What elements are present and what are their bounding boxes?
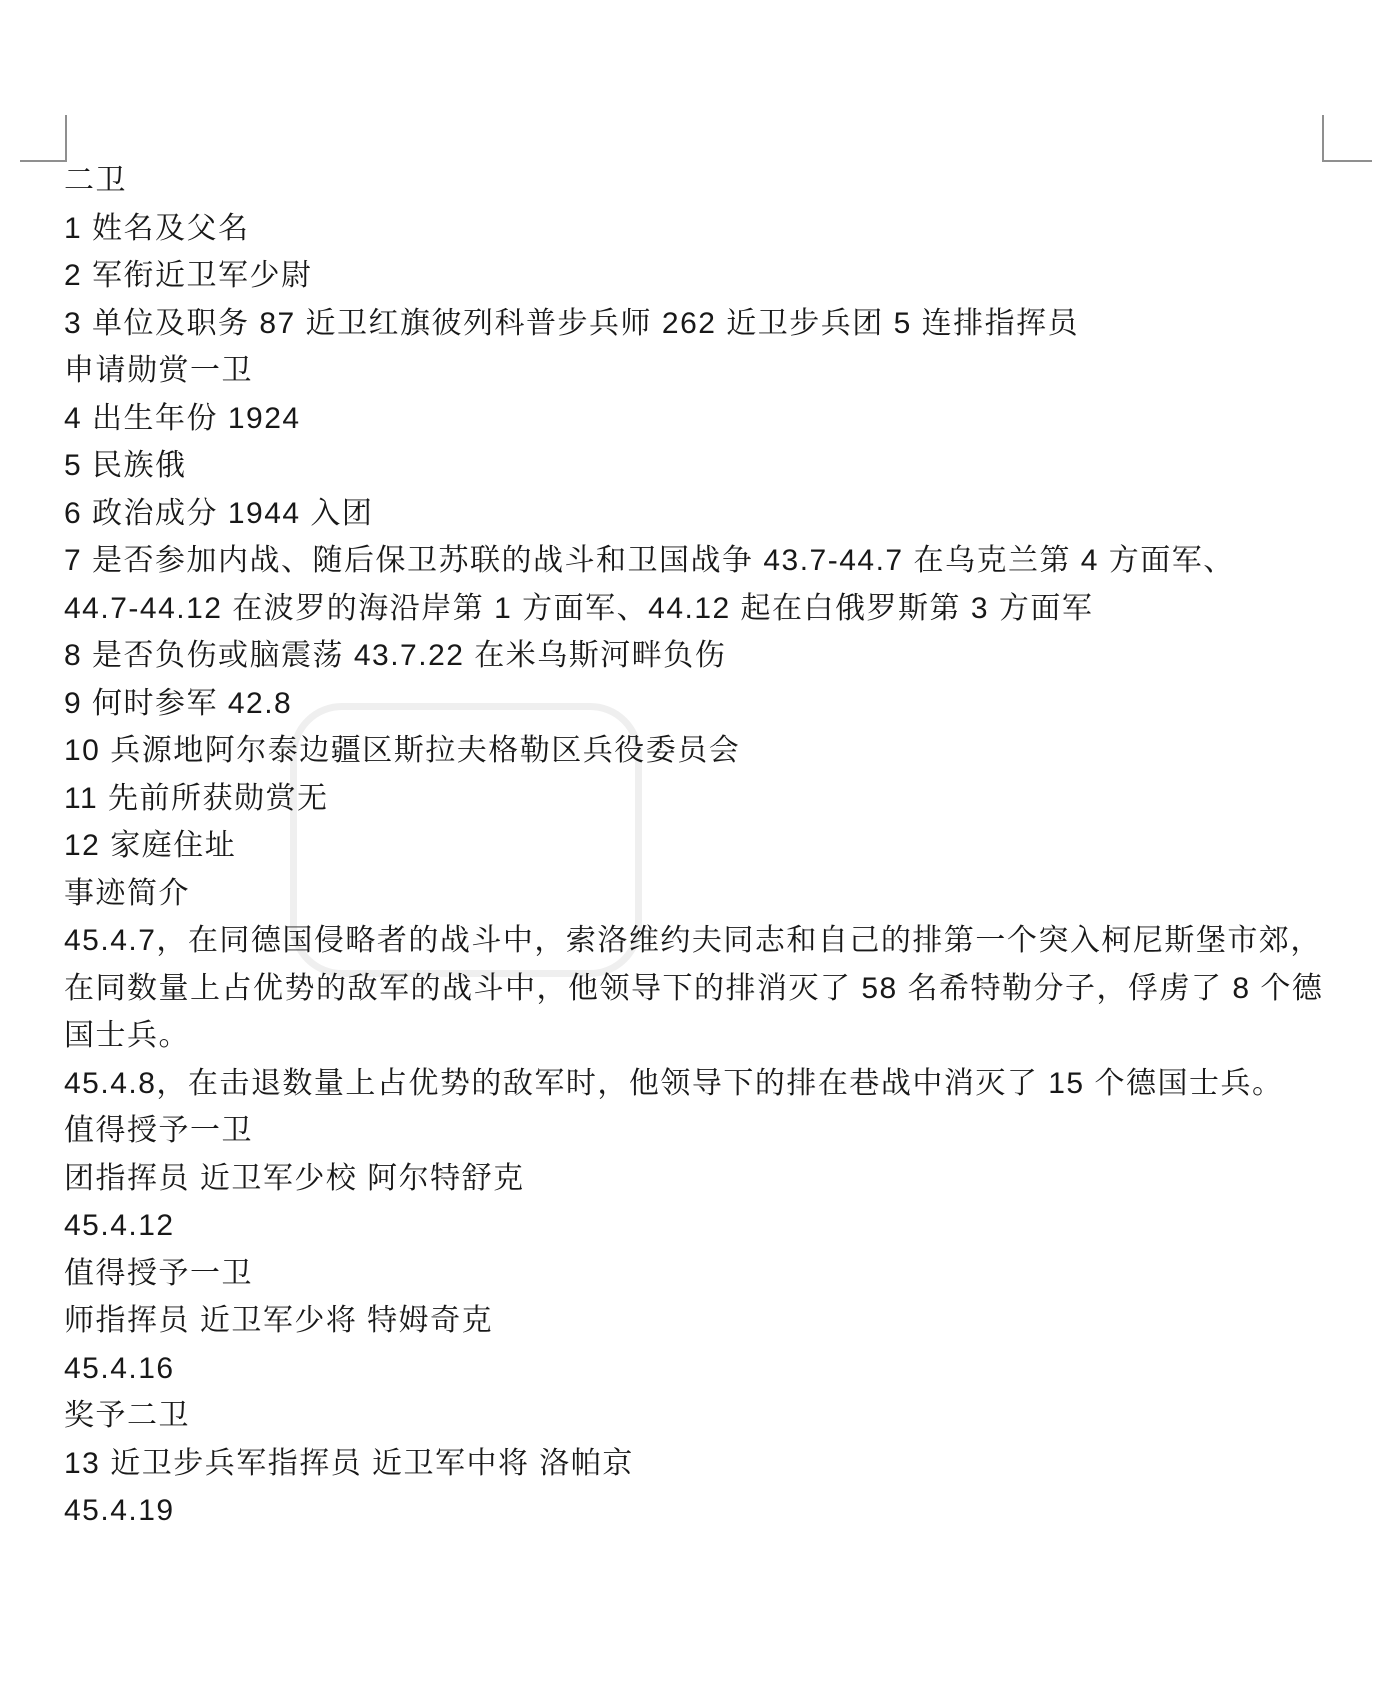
- text-line-date-2: 45.4.16: [64, 1345, 1360, 1393]
- text-line-corps-commander: 13 近卫步兵军指挥员 近卫军中将 洛帕京: [64, 1440, 1360, 1488]
- text-line-merit-3: 国士兵。: [64, 1012, 1360, 1060]
- text-line-birth-year: 4 出生年份 1924: [64, 395, 1360, 443]
- text-line-date-3: 45.4.19: [64, 1487, 1360, 1535]
- page-top-right-corner-mark: [1322, 115, 1372, 162]
- text-line-date-1: 45.4.12: [64, 1202, 1360, 1250]
- text-line-merit-1: 45.4.7，在同德国侵略者的战斗中，索洛维约夫同志和自己的排第一个突入柯尼斯堡…: [64, 917, 1360, 965]
- text-line-previous-awards: 11 先前所获勋赏无: [64, 775, 1360, 823]
- text-line-war-participation-2: 44.7-44.12 在波罗的海沿岸第 1 方面军、44.12 起在白俄罗斯第 …: [64, 585, 1360, 633]
- text-line-nationality: 5 民族俄: [64, 442, 1360, 490]
- text-line-enlistment: 9 何时参军 42.8: [64, 680, 1360, 728]
- text-line-award-request: 申请勋赏一卫: [64, 347, 1360, 395]
- text-line-draft-office: 10 兵源地阿尔泰边疆区斯拉夫格勒区兵役委员会: [64, 727, 1360, 775]
- text-line-rank-field: 2 军衔近卫军少尉: [64, 252, 1360, 300]
- text-line-merit-2: 在同数量上占优势的敌军的战斗中，他领导下的排消灭了 58 名希特勒分子，俘虏了 …: [64, 965, 1360, 1013]
- text-line-worthy-1: 值得授予一卫: [64, 1107, 1360, 1155]
- document-text: 二卫 1 姓名及父名 2 军衔近卫军少尉 3 单位及职务 87 近卫红旗彼列科普…: [64, 157, 1360, 1535]
- text-line-political-status: 6 政治成分 1944 入团: [64, 490, 1360, 538]
- text-line-class-heading: 二卫: [64, 157, 1360, 205]
- text-line-home-address: 12 家庭住址: [64, 822, 1360, 870]
- text-line-war-participation: 7 是否参加内战、随后保卫苏联的战斗和卫国战争 43.7-44.7 在乌克兰第 …: [64, 537, 1360, 585]
- text-line-merit-heading: 事迹简介: [64, 870, 1360, 918]
- text-line-wounds: 8 是否负伤或脑震荡 43.7.22 在米乌斯河畔负伤: [64, 632, 1360, 680]
- text-line-unit-field: 3 单位及职务 87 近卫红旗彼列科普步兵师 262 近卫步兵团 5 连排指挥员: [64, 300, 1360, 348]
- text-line-division-commander: 师指挥员 近卫军少将 特姆奇克: [64, 1297, 1360, 1345]
- text-line-name-field: 1 姓名及父名: [64, 205, 1360, 253]
- page-top-left-corner-mark: [20, 115, 67, 162]
- text-line-regiment-commander: 团指挥员 近卫军少校 阿尔特舒克: [64, 1155, 1360, 1203]
- text-line-merit-4: 45.4.8，在击退数量上占优势的敌军时，他领导下的排在巷战中消灭了 15 个德…: [64, 1060, 1360, 1108]
- document-page: 二卫 1 姓名及父名 2 军衔近卫军少尉 3 单位及职务 87 近卫红旗彼列科普…: [0, 0, 1400, 1681]
- text-line-worthy-2: 值得授予一卫: [64, 1250, 1360, 1298]
- text-line-award-decision: 奖予二卫: [64, 1392, 1360, 1440]
